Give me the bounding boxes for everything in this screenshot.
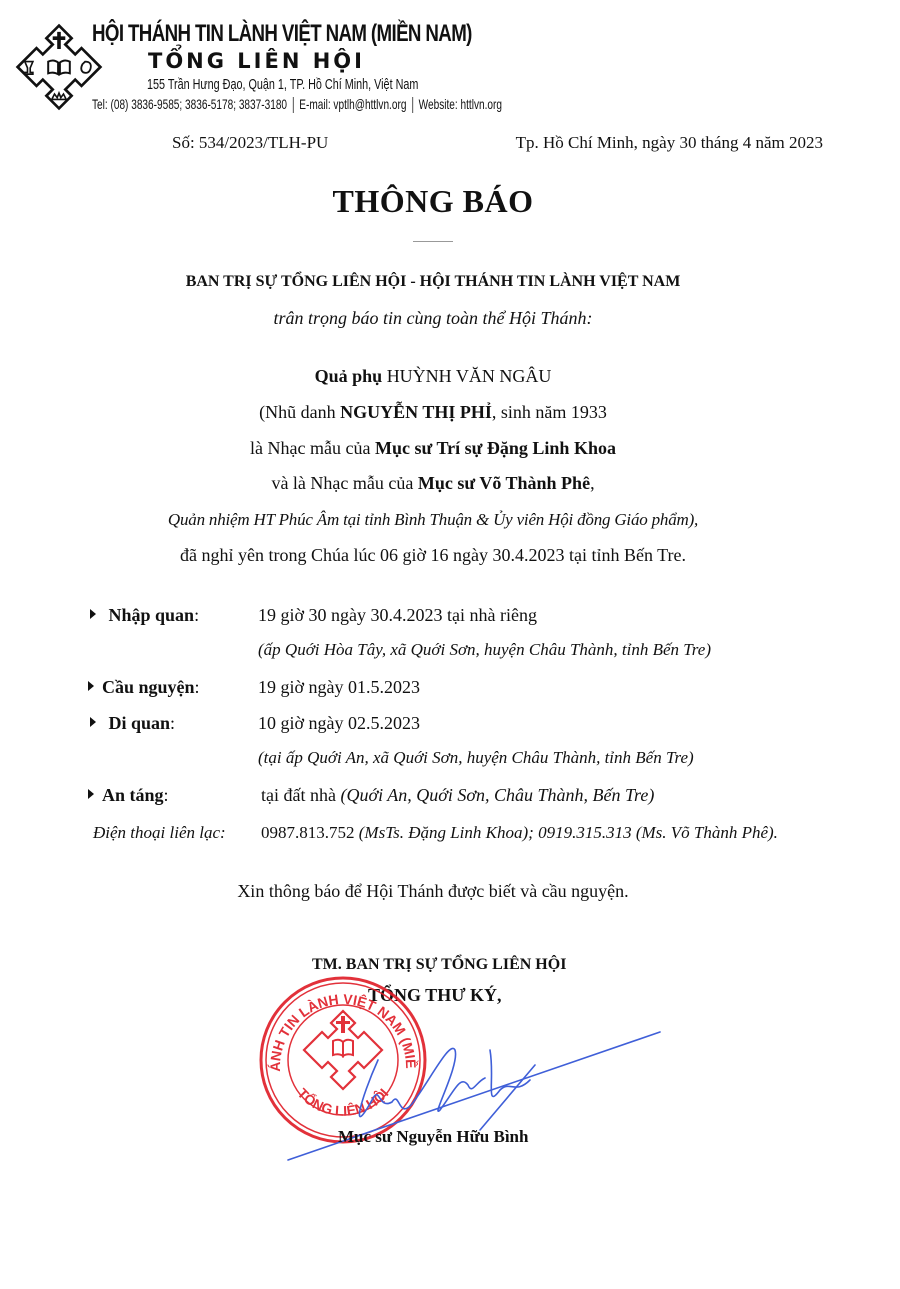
- birth-year: , sinh năm 1933: [492, 402, 607, 422]
- schedule-label: Cầu nguyện: [102, 677, 195, 697]
- role-line: Quản nhiệm HT Phúc Âm tại tỉnh Bình Thuậ…: [0, 510, 866, 530]
- cross-emblem-icon: [14, 22, 104, 112]
- bullet-arrow-icon: [88, 789, 94, 799]
- schedule-label: Di quan: [109, 713, 171, 733]
- org-tel: Tel: (08) 3836-9585; 3836-5178; 3837-318…: [92, 96, 287, 112]
- separator: [293, 97, 294, 113]
- schedule-value: 19 giờ ngày 01.5.2023: [258, 677, 420, 698]
- schedule-item-cau-nguyen: Cầu nguyện: 19 giờ ngày 01.5.2023: [0, 677, 900, 701]
- place-date: Tp. Hồ Chí Minh, ngày 30 tháng 4 năm 202…: [516, 133, 823, 153]
- org-subtitle: TỔNG LIÊN HỘI: [148, 49, 365, 73]
- colon: :: [194, 605, 199, 625]
- colon: :: [195, 677, 200, 697]
- maiden-name-line: (Nhũ danh NGUYỄN THỊ PHỈ, sinh năm 1933: [0, 402, 866, 423]
- org-contact-line: Tel: (08) 3836-9585; 3836-5178; 3837-318…: [92, 96, 502, 113]
- schedule-item-di-quan: Di quan: 10 giờ ngày 02.5.2023: [0, 713, 900, 737]
- document-title: THÔNG BÁO: [0, 183, 866, 220]
- relation-line-1: là Nhạc mẫu của Mục sư Trí sự Đặng Linh …: [0, 438, 866, 459]
- phone-number: 0987.813.752: [261, 823, 355, 842]
- schedule-value: 10 giờ ngày 02.5.2023: [258, 713, 420, 734]
- bullet-arrow-icon: [90, 609, 96, 619]
- org-website[interactable]: Website: httlvn.org: [419, 96, 502, 112]
- separator: [412, 97, 413, 113]
- org-name: HỘI THÁNH TIN LÀNH VIỆT NAM (MIỀN NAM): [92, 20, 472, 48]
- maiden-prefix: (Nhũ danh: [259, 402, 340, 422]
- colon: :: [170, 713, 175, 733]
- schedule-label: Nhập quan: [109, 605, 195, 625]
- contact-persons: (MsTs. Đặng Linh Khoa); 0919.315.313 (Ms…: [355, 823, 778, 842]
- relation-name: Mục sư Trí sự Đặng Linh Khoa: [375, 438, 616, 458]
- passed-line: đã nghỉ yên trong Chúa lúc 06 giờ 16 ngà…: [0, 545, 866, 566]
- title-divider: [413, 241, 453, 242]
- bullet-arrow-icon: [90, 717, 96, 727]
- punctuation: ,: [590, 473, 595, 493]
- schedule-note: (tại ấp Quới An, xã Quới Sơn, huyện Châu…: [258, 748, 694, 768]
- handwritten-signature-icon: [280, 1020, 670, 1170]
- deceased-name: HUỲNH VĂN NGÂU: [387, 366, 552, 386]
- schedule-item-an-tang: An táng: tại đất nhà (Quới An, Quới Sơn,…: [0, 785, 900, 809]
- colon: :: [164, 785, 169, 805]
- deceased-name-line: Quả phụ HUỲNH VĂN NGÂU: [0, 366, 866, 387]
- relation-name: Mục sư Võ Thành Phê: [418, 473, 590, 493]
- greeting: trân trọng báo tin cùng toàn thể Hội Thá…: [0, 308, 866, 329]
- org-email[interactable]: E-mail: vptlh@httlvn.org: [299, 96, 406, 112]
- relation-prefix: và là Nhạc mẫu của: [271, 473, 417, 493]
- signing-org: TM. BAN TRỊ SỰ TỔNG LIÊN HỘI: [312, 956, 566, 974]
- relation-prefix: là Nhạc mẫu của: [250, 438, 375, 458]
- closing-line: Xin thông báo để Hội Thánh được biết và …: [0, 881, 866, 902]
- signer-name: Mục sư Nguyễn Hữu Bình: [338, 1127, 528, 1147]
- issuer: BAN TRỊ SỰ TỔNG LIÊN HỘI - HỘI THÁNH TIN…: [0, 273, 866, 291]
- reference-number: Số: 534/2023/TLH-PU: [172, 133, 328, 153]
- bullet-arrow-icon: [88, 681, 94, 691]
- schedule-value: tại đất nhà: [261, 785, 340, 805]
- maiden-name: NGUYỄN THỊ PHỈ: [340, 402, 492, 422]
- relation-line-2: và là Nhạc mẫu của Mục sư Võ Thành Phê,: [0, 473, 866, 494]
- schedule-item-nhap-quan: Nhập quan: 19 giờ 30 ngày 30.4.2023 tại …: [0, 605, 900, 629]
- contact-line: Điện thoại liên lạc:0987.813.752 (MsTs. …: [93, 823, 778, 843]
- org-address: 155 Trần Hưng Đạo, Quận 1, TP. Hồ Chí Mi…: [147, 76, 418, 93]
- schedule-label: An táng: [102, 785, 164, 805]
- schedule-location: (Quới An, Quới Sơn, Châu Thành, Bến Tre): [340, 785, 654, 805]
- schedule-note: (ấp Quới Hòa Tây, xã Quới Sơn, huyện Châ…: [258, 640, 711, 660]
- contact-label: Điện thoại liên lạc:: [93, 823, 261, 843]
- schedule-value: 19 giờ 30 ngày 30.4.2023 tại nhà riêng: [258, 605, 537, 626]
- deceased-prefix: Quả phụ: [315, 366, 387, 386]
